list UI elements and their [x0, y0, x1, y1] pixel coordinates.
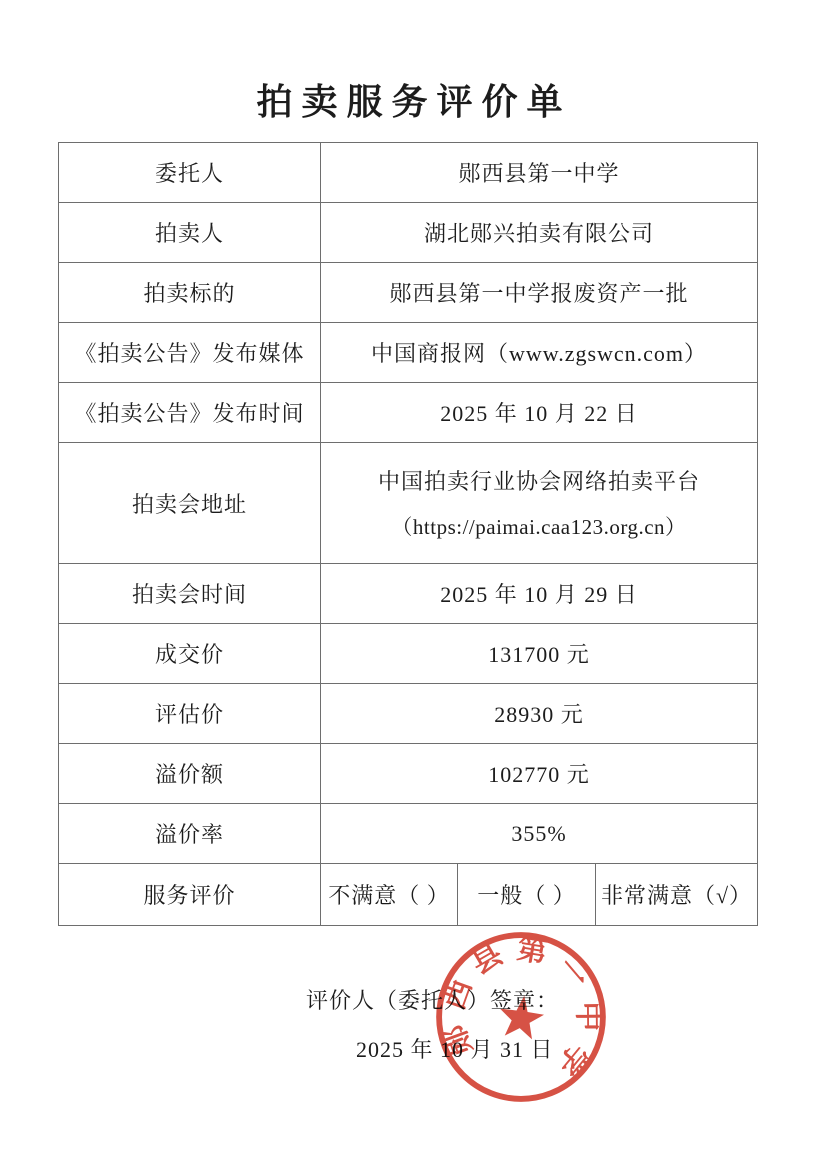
- row-label-announce-media: 《拍卖公告》发布媒体: [59, 323, 321, 383]
- auction-address-url: （https://paimai.caa123.org.cn）: [391, 511, 686, 541]
- table-row-auction-address: 拍卖会地址 中国拍卖行业协会网络拍卖平台 （https://paimai.caa…: [59, 443, 758, 564]
- table-row-subject: 拍卖标的 郧西县第一中学报废资产一批: [59, 263, 758, 323]
- row-label-auctioneer: 拍卖人: [59, 203, 321, 263]
- row-value-premium-rate: 355%: [321, 804, 758, 864]
- row-label-auction-address: 拍卖会地址: [59, 443, 321, 564]
- row-label-subject: 拍卖标的: [59, 263, 321, 323]
- row-value-auction-address: 中国拍卖行业协会网络拍卖平台 （https://paimai.caa123.or…: [321, 443, 758, 564]
- row-value-subject: 郧西县第一中学报废资产一批: [321, 263, 758, 323]
- service-option-very-satisfied: 非常满意（√）: [596, 864, 758, 926]
- row-value-appraisal-price: 28930 元: [321, 684, 758, 744]
- row-label-deal-price: 成交价: [59, 624, 321, 684]
- row-value-client: 郧西县第一中学: [321, 143, 758, 203]
- service-option-average: 一般（ ）: [458, 864, 596, 926]
- table-row-announce-media: 《拍卖公告》发布媒体 中国商报网（www.zgswcn.com）: [59, 323, 758, 383]
- official-seal-stamp: 郧西县第一中学: [431, 927, 611, 1107]
- row-value-auction-time: 2025 年 10 月 29 日: [321, 564, 758, 624]
- evaluation-table: 委托人 郧西县第一中学 拍卖人 湖北郧兴拍卖有限公司 拍卖标的 郧西县第一中学报…: [58, 142, 758, 926]
- table-row-auctioneer: 拍卖人 湖北郧兴拍卖有限公司: [59, 203, 758, 263]
- table-row-premium-rate: 溢价率 355%: [59, 804, 758, 864]
- table-row-announce-time: 《拍卖公告》发布时间 2025 年 10 月 22 日: [59, 383, 758, 443]
- table-row-deal-price: 成交价 131700 元: [59, 624, 758, 684]
- table-row-premium-amount: 溢价额 102770 元: [59, 744, 758, 804]
- row-label-client: 委托人: [59, 143, 321, 203]
- auction-address-platform: 中国拍卖行业协会网络拍卖平台: [378, 465, 700, 496]
- row-value-premium-amount: 102770 元: [321, 744, 758, 804]
- table-row-appraisal-price: 评估价 28930 元: [59, 684, 758, 744]
- row-label-premium-rate: 溢价率: [59, 804, 321, 864]
- row-label-appraisal-price: 评估价: [59, 684, 321, 744]
- row-label-auction-time: 拍卖会时间: [59, 564, 321, 624]
- table-row-service-rating: 服务评价 不满意（ ） 一般（ ） 非常满意（√）: [59, 864, 758, 926]
- seal-star-icon: [496, 993, 546, 1041]
- document-page: 拍卖服务评价单 委托人 郧西县第一中学 拍卖人 湖北郧兴拍卖有限公司 拍卖标的 …: [0, 0, 819, 1169]
- row-value-auctioneer: 湖北郧兴拍卖有限公司: [321, 203, 758, 263]
- table-row-auction-time: 拍卖会时间 2025 年 10 月 29 日: [59, 564, 758, 624]
- row-value-deal-price: 131700 元: [321, 624, 758, 684]
- service-option-unsatisfied: 不满意（ ）: [321, 864, 458, 926]
- table-row-client: 委托人 郧西县第一中学: [59, 143, 758, 203]
- row-label-premium-amount: 溢价额: [59, 744, 321, 804]
- row-label-announce-time: 《拍卖公告》发布时间: [59, 383, 321, 443]
- row-label-service-rating: 服务评价: [59, 864, 321, 926]
- page-title: 拍卖服务评价单: [0, 74, 819, 125]
- row-value-announce-media: 中国商报网（www.zgswcn.com）: [321, 323, 758, 383]
- row-value-announce-time: 2025 年 10 月 22 日: [321, 383, 758, 443]
